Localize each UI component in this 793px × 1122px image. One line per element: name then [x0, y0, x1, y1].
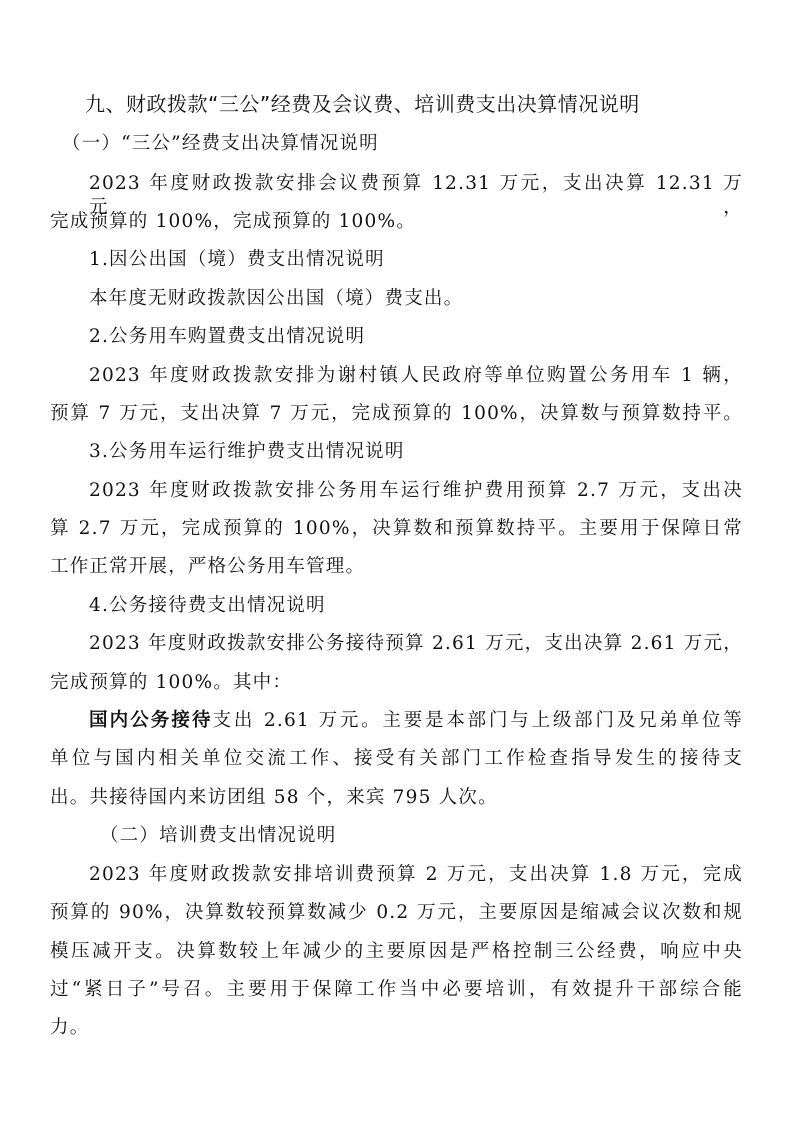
paragraph-line: 2023 年度财政拨款安排公务接待预算 2.61 万元，支出决算 2.61 万元… [89, 632, 743, 656]
paragraph-line: 完成预算的 100%，完成预算的 100%。 [50, 210, 416, 234]
paragraph-line: 预算的 90%，决算数较预算数减少 0.2 万元，主要原因是缩减会议次数和规 [50, 901, 743, 925]
paragraph-line: 2023 年度财政拨款安排为谢村镇人民政府等单位购置公务用车 1 辆， [89, 364, 743, 388]
paragraph-line: 完成预算的 100%。其中： [50, 671, 292, 695]
domestic-reception-text: 支出 2.61 万元。主要是本部门与上级部门及兄弟单位等 [213, 710, 743, 731]
paragraph-line: 出。共接待国内来访团组 58 个，来宾 795 人次。 [50, 786, 498, 810]
paragraph-line: 本年度无财政拨款因公出国（境）费支出。 [89, 287, 463, 311]
paragraph-line: 2023 年度财政拨款安排培训费预算 2 万元，支出决算 1.8 万元，完成 [89, 863, 743, 887]
paragraph-line: 力。 [50, 1016, 89, 1040]
section2-heading: （二）培训费支出情况说明 [100, 824, 336, 848]
paragraph-line: 过“紧日子”号召。主要用于保障工作当中必要培训，有效提升干部综合能 [50, 978, 743, 1002]
document-page: 九、财政拨款“三公”经费及会议费、培训费支出决算情况说明 （一）“三公”经费支出… [0, 0, 793, 1122]
domestic-reception-label: 国内公务接待 [89, 710, 213, 731]
paragraph-line: 国内公务接待支出 2.61 万元。主要是本部门与上级部门及兄弟单位等 [89, 709, 743, 733]
paragraph-line: 预算 7 万元，支出决算 7 万元，完成预算的 100%，决算数与预算数持平。 [50, 402, 743, 426]
paragraph-line: 模压减开支。决算数较上年减少的主要原因是严格控制三公经费，响应中央 [50, 940, 743, 964]
page-title: 九、财政拨款“三公”经费及会议费、培训费支出决算情况说明 [85, 92, 640, 116]
paragraph-line: 工作正常开展，严格公务用车管理。 [50, 555, 365, 579]
item2-heading: 2.公务用车购置费支出情况说明 [89, 325, 365, 349]
item1-heading: 1.因公出国（境）费支出情况说明 [89, 248, 385, 272]
paragraph-line: 算 2.7 万元，完成预算的 100%，决算数和预算数持平。主要用于保障日常 [50, 517, 743, 541]
item4-heading: 4.公务接待费支出情况说明 [89, 594, 326, 618]
section1-heading: （一）“三公”经费支出决算情况说明 [62, 132, 379, 156]
paragraph-line: 单位与国内相关单位交流工作、接受有关部门工作检查指导发生的接待支 [50, 747, 743, 771]
paragraph-line: 2023 年度财政拨款安排公务用车运行维护费用预算 2.7 万元，支出决 [89, 479, 743, 503]
item3-heading: 3.公务用车运行维护费支出情况说明 [89, 440, 405, 464]
